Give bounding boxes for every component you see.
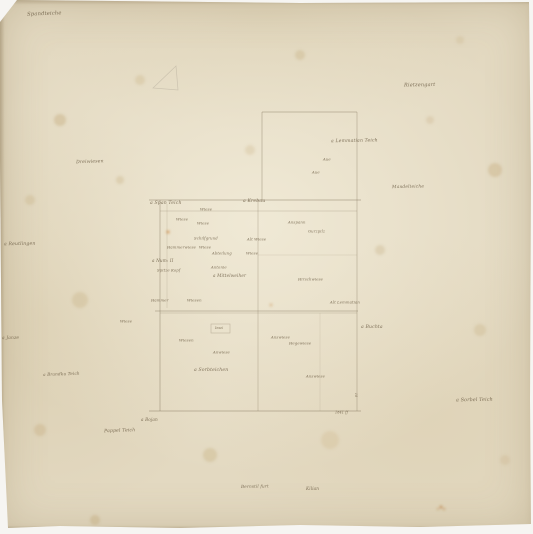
map-label: Answiese	[306, 375, 325, 379]
map-drawing	[0, 0, 533, 534]
map-label: Wiese	[246, 252, 258, 256]
paper-top-edge	[0, 0, 533, 5]
map-label: a Mittelweiher	[213, 274, 246, 278]
map-label: Wiese	[200, 208, 212, 212]
map-label: Spitze Kopf	[157, 269, 180, 273]
map-label: Antonie	[211, 266, 227, 270]
map-label: a Bojan	[141, 418, 158, 422]
stain-spot	[167, 231, 170, 234]
map-label: a Reutlingen	[4, 241, 35, 246]
map-label: Anspann	[288, 221, 306, 225]
map-label: Hirschwiese	[298, 278, 323, 282]
map-label: Aue	[312, 171, 320, 175]
map-labels: SpandteicheRietzengarta Lemmatian TeichA…	[0, 0, 533, 534]
pencil-triangle	[153, 66, 178, 90]
map-label: Hammer	[151, 299, 169, 303]
stain-spot	[443, 508, 445, 510]
stain-spot	[456, 36, 464, 44]
map-label: Pappel Teich	[104, 428, 135, 434]
stain-spot	[488, 163, 502, 177]
stain-spot	[116, 176, 124, 184]
map-label: Wiese	[197, 222, 209, 226]
stain-spot	[270, 304, 272, 306]
map-label: Spandteiche	[27, 11, 62, 17]
scan-background: SpandteicheRietzengarta Lemmatian TeichA…	[0, 0, 533, 534]
paper-left-edge	[0, 0, 5, 531]
stain-spot	[25, 195, 35, 205]
map-label: Wiese	[176, 218, 188, 222]
map-label: Alt Wiese	[247, 238, 266, 242]
map-label: Rietzengart	[404, 82, 435, 88]
map-label: Hegewiese	[289, 342, 311, 346]
map-label: a Sorbteichen	[194, 368, 228, 373]
stain-spot	[203, 448, 217, 462]
map-label: a Brandku Teich	[43, 372, 80, 377]
stain-spot	[90, 515, 100, 525]
map-label: Aue	[323, 158, 331, 162]
stain-spot	[321, 431, 339, 449]
paper-bottom-edge	[0, 525, 533, 531]
stain-spot	[295, 50, 305, 60]
map-label: Gurzpilz	[308, 230, 325, 234]
stain-spot	[474, 324, 486, 336]
stain-spot	[437, 508, 439, 510]
map-label: Wiesen	[187, 299, 202, 303]
map-label: Abteilung	[212, 252, 232, 256]
map-paper: SpandteicheRietzengarta Lemmatian TeichA…	[0, 0, 533, 531]
map-label: Wiesen	[179, 339, 194, 343]
map-label: Dreiwiesen	[76, 159, 104, 165]
map-label: a Krebau	[243, 199, 265, 204]
stain-spot	[54, 114, 66, 126]
map-label: 1841 ff	[335, 411, 348, 414]
stain-spot	[426, 116, 434, 124]
map-label: Alt Lemmatian	[330, 301, 360, 305]
plan-rect	[211, 324, 230, 333]
map-label: Mandelteiche	[392, 184, 424, 189]
map-label: Hammerwiese	[167, 246, 196, 250]
map-label: Bernstil furt	[241, 485, 269, 490]
map-label: a Lemmatian Teich	[331, 138, 378, 143]
map-label: Anwiese	[213, 351, 230, 355]
stain-spot	[440, 506, 443, 509]
map-label: Schilfgrund	[194, 237, 218, 241]
map-label: Wiese	[120, 320, 132, 324]
map-label: a Num: II	[152, 259, 173, 263]
stain-spot	[245, 145, 255, 155]
stain-spot	[500, 455, 510, 465]
stain-spot	[135, 75, 145, 85]
map-label: 10	[354, 393, 357, 397]
map-label: a Buchta	[361, 325, 383, 330]
map-label: a Span Teich	[150, 201, 182, 206]
map-label: Insel	[215, 327, 223, 330]
map-label: Kilian	[306, 487, 319, 491]
map-label: a Janze	[2, 336, 19, 341]
plan-lines	[149, 66, 361, 411]
foxing-stains	[25, 36, 510, 525]
map-label: a Sorbel Teich	[456, 397, 493, 402]
stain-spot	[72, 292, 88, 308]
stain-spot	[375, 245, 385, 255]
stain-spot	[34, 424, 46, 436]
map-label: Answiese	[271, 336, 290, 340]
map-label: Wiese	[199, 246, 211, 250]
